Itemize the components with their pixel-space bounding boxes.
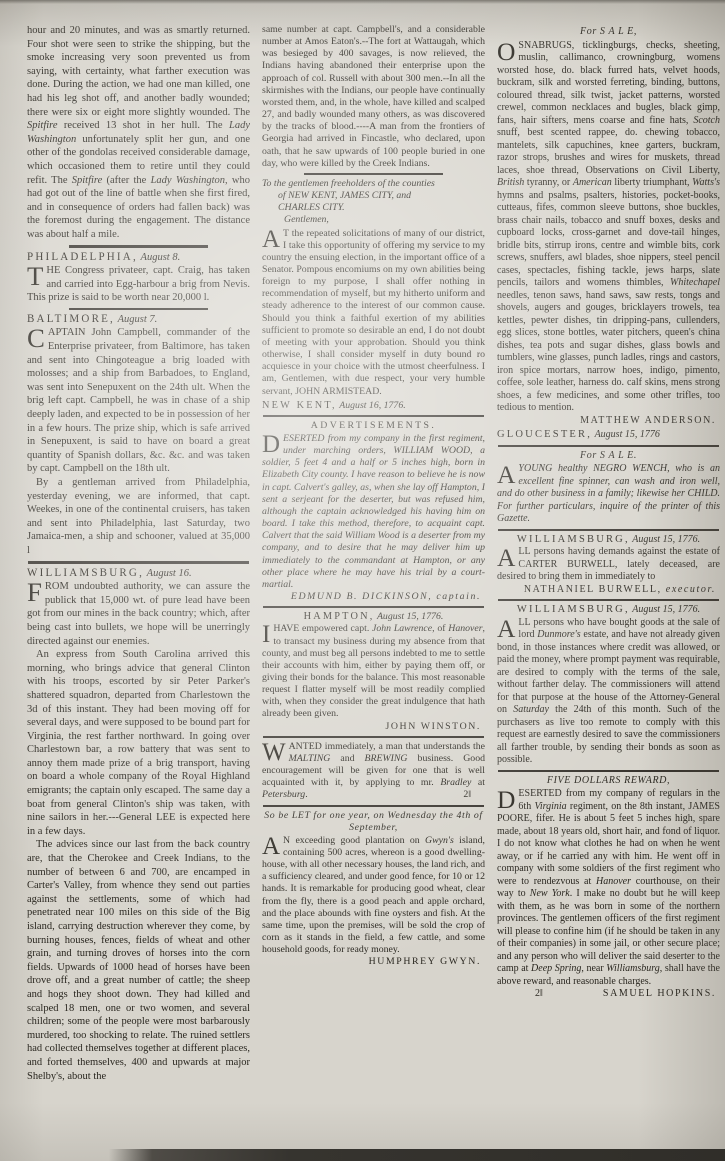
section-divider-rule [498,445,719,447]
section-heading: ADVERTISEMENTS. [262,420,485,432]
article-paragraph: THE Congress privateer, capt. Craig, has… [27,264,250,305]
drop-cap-initial: I [262,623,273,645]
dateline: GLOUCESTER, August 15, 1776 [497,429,720,442]
article-paragraph: OSNABRUGS, ticklingburgs, checks, sheeti… [497,40,720,415]
section-divider-rule [69,245,207,248]
dateline: WILLIAMSBURG, August 16. [27,567,250,581]
dateline-date: August 15, 1776 [595,429,660,440]
drop-cap-initial: W [262,741,289,763]
signature-name: SAMUEL HOPKINS. [603,988,716,999]
dateline-date: August 8. [141,252,181,263]
address-line: CHARLES CITY. [262,202,485,214]
issue-mark: 2‖ [463,789,485,801]
newspaper-page-photo: { "page": { "kind": "colonial newspaper … [0,0,725,1161]
issue-mark: 2‖ [497,988,543,1001]
drop-cap-initial: A [497,617,518,639]
article-paragraph: DESERTED from my company in the first re… [262,433,485,591]
signature-line: JOHN WINSTON. [262,721,485,733]
dateline-date: August 15, 1776. [632,604,700,615]
dateline: BALTIMORE, August 7. [27,313,250,327]
section-divider-rule [263,415,484,417]
drop-cap-initial: A [497,546,518,568]
address-line: Gentlemen, [262,214,485,226]
article-paragraph: FROM undoubted authority, we can assure … [27,580,250,648]
dateline-date: August 16, 1776. [339,400,405,411]
section-divider-rule [69,308,207,310]
section-heading: For S A L E. [497,450,720,463]
photo-top-edge [0,0,725,4]
signature-line: NATHANIEL BURWELL, executor. [497,584,720,597]
signature-line: HUMPHREY GWYN. [262,956,485,968]
dateline: HAMPTON, August 15, 1776. [262,611,485,623]
section-divider-rule [498,599,719,601]
article-paragraph: IHAVE empowered capt. John Lawrence, of … [262,623,485,720]
dateline-date: August 7. [118,314,158,325]
newspaper-column-1: hour and 20 minutes, and was as smartly … [27,24,250,1153]
address-line: To the gentlemen freeholders of the coun… [262,178,485,190]
article-paragraph: ALL persons having demands against the e… [497,546,720,584]
signature-name: MATTHEW ANDERSON. [580,415,716,426]
drop-cap-initial: C [27,326,48,349]
section-heading: So be LET for one year, on Wednesday the… [262,810,485,834]
drop-cap-initial: A [497,463,518,485]
dateline-date: August 16. [147,568,192,579]
dateline-city: NEW KENT, [262,400,337,411]
address-heading: To the gentlemen freeholders of the coun… [262,178,485,227]
signature-name: JOHN WINSTON. [385,721,481,732]
article-paragraph: same number at capt. Campbell's, and a c… [262,24,485,170]
dateline: PHILADELPHIA, August 8. [27,251,250,265]
article-paragraph: DESERTED from my company of regulars in … [497,788,720,988]
newspaper-columns: hour and 20 minutes, and was as smartly … [27,24,720,1153]
section-divider-rule [263,805,484,807]
drop-cap-initial: T [27,264,46,287]
dateline: WILLIAMSBURG, August 15, 1776. [497,604,720,617]
signature-name: EDMUND B. DICKINSON, captain. [291,591,481,602]
drop-cap-initial: F [27,580,45,603]
article-paragraph: ALL persons who have bought goods at the… [497,617,720,767]
photo-bottom-edge [0,1149,725,1161]
dateline-city: WILLIAMSBURG, [517,534,630,545]
signature-name: NATHANIEL BURWELL, executor. [524,584,716,595]
signature-name: HUMPHREY GWYN. [369,956,481,967]
article-paragraph: AYOUNG healthy NEGRO WENCH, who is an ex… [497,463,720,526]
address-line: of NEW KENT, JAMES CITY, and [262,190,485,202]
article-paragraph: The advices since our last from the back… [27,838,250,1083]
section-heading: FIVE DOLLARS REWARD, [497,775,720,788]
drop-cap-initial: D [262,433,283,455]
signature-line: EDMUND B. DICKINSON, captain. [262,591,485,603]
dateline: NEW KENT, August 16, 1776. [262,400,485,412]
newspaper-column-3: For S A L E,OSNABRUGS, ticklingburgs, ch… [497,24,720,1153]
section-divider-rule [498,529,719,531]
newspaper-column-2: same number at capt. Campbell's, and a c… [262,24,485,1153]
section-divider-rule [263,736,484,738]
signature-line: 2‖SAMUEL HOPKINS. [497,988,720,1001]
section-divider-rule [28,561,249,564]
dateline-city: WILLIAMSBURG, [517,604,630,615]
article-paragraph: AN exceeding good plantation on Gwyn's i… [262,835,485,957]
dateline-city: PHILADELPHIA, [27,251,138,263]
article-paragraph: hour and 20 minutes, and was as smartly … [27,24,250,242]
drop-cap-initial: A [262,835,283,857]
article-paragraph: AT the repeated solicitations of many of… [262,228,485,398]
dateline-city: GLOUCESTER, [497,429,592,440]
section-divider-rule [498,770,719,772]
dateline-city: BALTIMORE, [27,313,115,325]
dateline-city: WILLIAMSBURG, [27,567,144,579]
dateline-city: HAMPTON, [304,611,375,622]
dateline-date: August 15, 1776. [377,611,443,622]
section-divider-rule [304,173,442,175]
drop-cap-initial: O [497,40,518,62]
dateline-date: August 15, 1776. [632,534,700,545]
drop-cap-initial: D [497,788,518,810]
dateline: WILLIAMSBURG, August 15, 1776. [497,534,720,547]
article-paragraph: An express from South Carolina arrived t… [27,648,250,838]
article-paragraph: By a gentleman arrived from Philadelphia… [27,476,250,558]
drop-cap-initial: A [262,228,283,250]
section-divider-rule [263,606,484,608]
signature-line: MATTHEW ANDERSON. [497,415,720,428]
article-paragraph: WANTED immediately, a man that understan… [262,741,485,802]
article-paragraph: CAPTAIN John Campbell, commander of the … [27,326,250,476]
section-heading: For S A L E, [497,26,720,39]
